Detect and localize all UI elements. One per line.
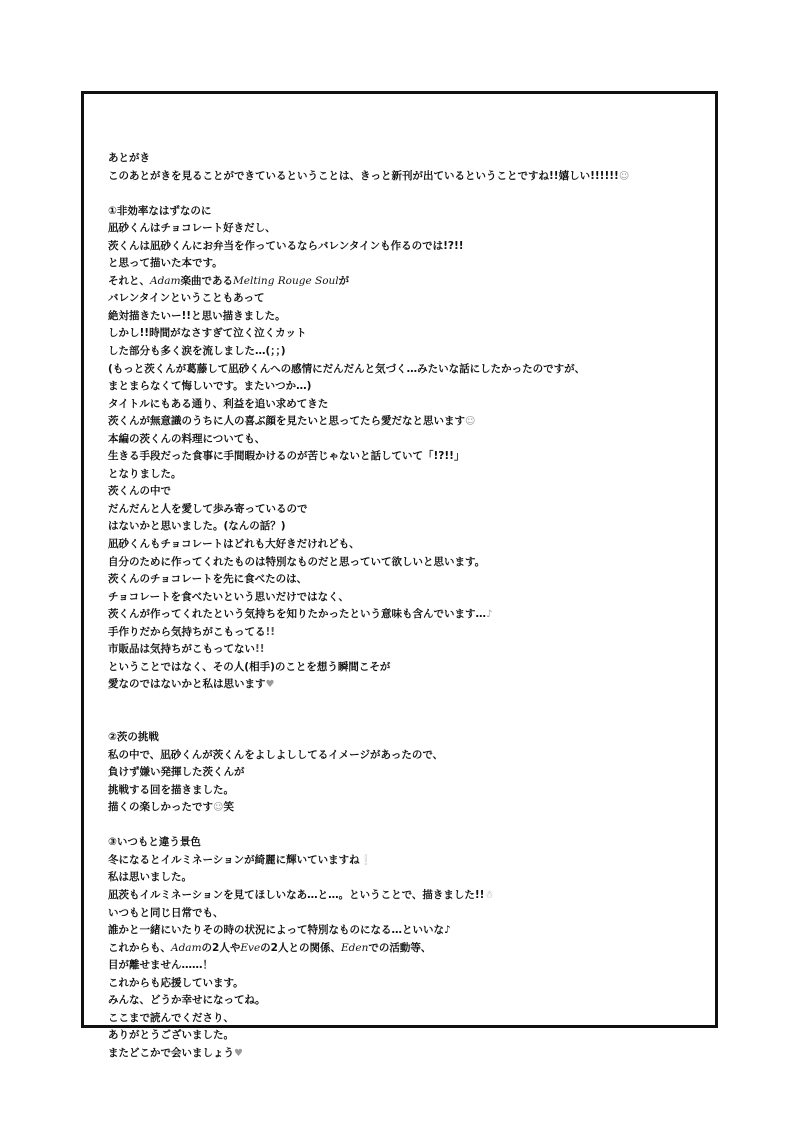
- text-line: した部分も多く涙を流しました…(；；): [108, 343, 695, 361]
- text-line: 茨くんのチョコレートを先に食べたのは、: [108, 571, 695, 589]
- text-line: 誰かと一緒にいたりその時の状況によって特別なものになる…といいな♪: [108, 922, 695, 940]
- section1-title: ①非効率なはずなのに: [108, 203, 695, 221]
- text-line: となりました。: [108, 466, 695, 484]
- text-line: 茨くんの中で: [108, 483, 695, 501]
- fun-line: 描くの楽しかったです☺笑: [108, 799, 695, 817]
- spacer: [108, 817, 695, 835]
- exclamation-icon: !!: [255, 643, 265, 655]
- spacer: [108, 185, 695, 203]
- text-line: 私の中で、凪砂くんが茨くんをよしよししてるイメージがあったので、: [108, 747, 695, 765]
- text-line: タイトルにもある通り、利益を追い求めてきた: [108, 396, 695, 414]
- text-line: 絶対描きたいー!!と思い描きました。: [108, 308, 695, 326]
- handmade-line: 手作りだから気持ちがこもってる!!: [108, 624, 695, 642]
- text-line: これからも応援しています。: [108, 975, 695, 993]
- text-line: いつもと同じ日常でも、: [108, 905, 695, 923]
- text-line: 茨くんは凪砂くんにお弁当を作っているならバレンタインも作るのでは!?!!: [108, 238, 695, 256]
- meaning-line: 茨くんが作ってくれたという気持ちを知りたかったという意味も含んでいます…♪: [108, 606, 695, 624]
- exclamation-icon: ❕: [360, 855, 372, 866]
- unit-name: Eden: [341, 942, 368, 954]
- text-line: 挑戦する回を描きました。: [108, 782, 695, 800]
- unit-name: Adam: [171, 942, 202, 954]
- unit-name: Adam: [150, 275, 181, 287]
- heart-icon: ♥: [234, 1048, 243, 1059]
- text-line: 本編の茨くんの料理についても、: [108, 431, 695, 449]
- smile-emoji-icon: ☺: [619, 171, 629, 182]
- illumination-line: 冬になるとイルミネーションが綺麗に輝いていますね❕: [108, 852, 695, 870]
- text-line: と思って描いた本です。: [108, 255, 695, 273]
- section2-title: ②茨の挑戦: [108, 729, 695, 747]
- text-line: バレンタインということもあって: [108, 290, 695, 308]
- intro-line: このあとがきを見ることができているということは、きっと新刊が出ているということで…: [108, 168, 695, 186]
- text-line: しかし!!時間がなさすぎて泣く泣くカット: [108, 325, 695, 343]
- heart-icon: ♥: [266, 679, 275, 690]
- closing-line: 愛なのではないかと私は思います♥: [108, 676, 695, 694]
- text-line: みんな、どうか幸せになってね。: [108, 992, 695, 1010]
- text-line: 目が離せません……！: [108, 957, 695, 975]
- text-line: ありがとうございました。: [108, 1027, 695, 1045]
- afterword-text: あとがき このあとがきを見ることができているということは、きっと新刊が出ていると…: [108, 150, 695, 1062]
- text-line: だんだんと人を愛して歩み寄っているので: [108, 501, 695, 519]
- text-line: まとまらなくて悔しいです。またいつか…): [108, 378, 695, 396]
- text-line: 自分のために作ってくれたものは特別なものだと思っていて欲しいと思います。: [108, 554, 695, 572]
- farewell-line: またどこかで会いましょう♥: [108, 1045, 695, 1063]
- music-note-icon: ♪: [486, 609, 492, 620]
- drew-line: 凪茨もイルミネーションを見てほしいなあ…と…。ということで、描きました!!☃: [108, 887, 695, 905]
- smile-emoji-icon: ☺: [213, 802, 223, 813]
- text-line: 凪砂くんはチョコレート好きだし、: [108, 220, 695, 238]
- text-line: 凪砂くんもチョコレートはどれも大好きだけれども、: [108, 536, 695, 554]
- text-line: 私は思いました。: [108, 869, 695, 887]
- song-title: Melting Rouge Soul: [233, 275, 339, 287]
- text-line: チョコレートを食べたいという思いだけではなく、: [108, 589, 695, 607]
- smile-emoji-icon: ☺: [465, 416, 475, 427]
- text-line: ここまで読んでくださり、: [108, 1010, 695, 1028]
- spacer: [108, 694, 695, 729]
- page-frame: あとがき このあとがきを見ることができているということは、きっと新刊が出ていると…: [81, 91, 718, 1028]
- exclamation-icon: !!: [266, 626, 276, 638]
- text-line: はないかと思いました。(なんの話？): [108, 518, 695, 536]
- text-line: ということではなく、その人(相手)のことを想う瞬間こそが: [108, 659, 695, 677]
- afterword-heading: あとがき: [108, 150, 695, 168]
- love-line: 茨くんが無意識のうちに人の喜ぶ顔を見たいと思ってたら愛だなと思います☺: [108, 413, 695, 431]
- section3-title: ③いつもと違う景色: [108, 834, 695, 852]
- text-line: 生きる手段だった食事に手間暇かけるのが苦じゃないと話していて「!?!!」: [108, 448, 695, 466]
- song-line: それと、Adam楽曲であるMelting Rouge Soulが: [108, 273, 695, 291]
- unit-name: Eve: [240, 942, 260, 954]
- text-line: (もっと茨くんが葛藤して凪砂くんへの感情にだんだんと気づく…みたいな話にしたかっ…: [108, 361, 695, 379]
- relation-line: これからも、Adamの2人やEveの2人との関係、Edenでの活動等、: [108, 940, 695, 958]
- store-line: 市販品は気持ちがこもってない!!: [108, 641, 695, 659]
- snowman-icon: ☃: [484, 890, 493, 901]
- text-line: 負けず嫌い発揮した茨くんが: [108, 764, 695, 782]
